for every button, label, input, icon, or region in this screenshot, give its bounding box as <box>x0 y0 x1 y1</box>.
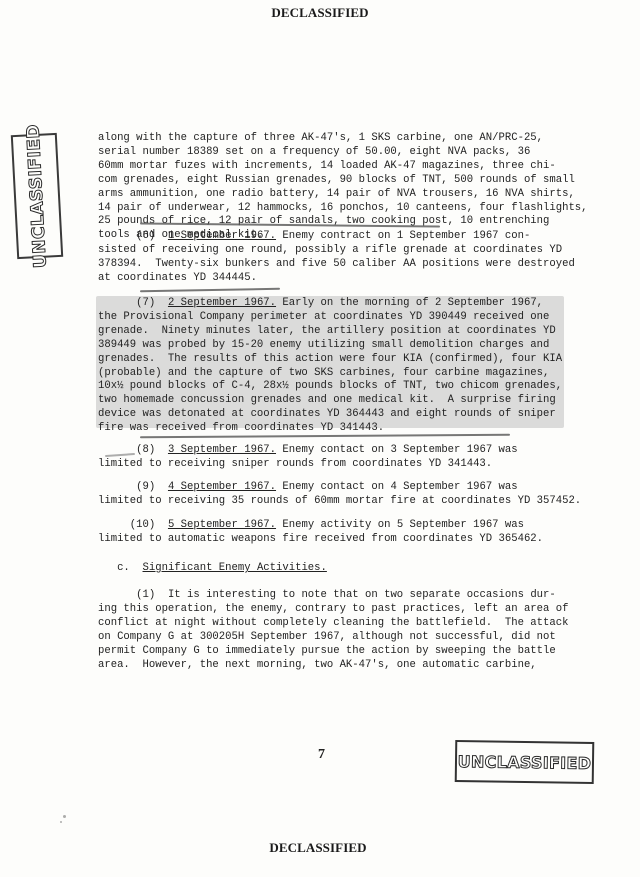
paragraph-line: sisted of receiving one round, possibly … <box>98 244 562 256</box>
paragraph-c1: (1) It is interesting to note that on tw… <box>98 589 623 672</box>
paragraph-line: device was detonated at coordinates YD 3… <box>98 408 556 420</box>
intro-line: along with the capture of three AK-47's,… <box>98 132 543 144</box>
paragraph-line: at coordinates YD 344445. <box>98 272 257 284</box>
paragraph-line: ing this operation, the enemy, contrary … <box>98 603 568 615</box>
page-number: 7 <box>318 747 325 763</box>
paragraph-line: 389449 was probed by 15-20 enemy utilizi… <box>98 339 549 351</box>
paragraph-number: (7) <box>136 297 155 309</box>
paragraph-date: 1 September 1967. <box>168 230 276 242</box>
scan-speck <box>60 821 62 823</box>
paragraph-line: area. However, the next morning, two AK-… <box>98 659 537 671</box>
stamp-bottom-text: UNCLASSIFIED <box>458 752 592 773</box>
paragraph-number: (8) <box>136 444 155 456</box>
intro-line: arms ammunition, one radio battery, 14 p… <box>98 188 575 200</box>
paragraph-number: (9) <box>136 481 155 493</box>
paragraph-line: grenades. The results of this action wer… <box>98 353 562 365</box>
paragraph-line: 378394. Twenty-six bunkers and five 50 c… <box>98 258 575 270</box>
section-title: Significant Enemy Activities. <box>143 562 327 574</box>
paragraph-line: limited to automatic weapons fire receiv… <box>98 533 543 545</box>
scan-speck <box>63 815 66 818</box>
section-c-heading: c. Significant Enemy Activities. <box>98 562 623 576</box>
paragraph-number: (6) <box>136 230 155 242</box>
unclassified-stamp-bottom: UNCLASSIFIED <box>455 740 595 784</box>
intro-line: 14 pair of underwear, 12 hammocks, 16 po… <box>98 202 588 214</box>
hand-underline <box>140 288 280 292</box>
intro-line: 60mm mortar fuzes with increments, 14 lo… <box>98 160 556 172</box>
paragraph-line: Early on the morning of 2 September 1967… <box>276 297 543 309</box>
stamp-left-text: UNCLASSIFIED <box>23 123 51 268</box>
intro-line: com grenades, eight Russian grenades, 90… <box>98 174 575 186</box>
intro-line: serial number 18389 set on a frequency o… <box>98 146 530 158</box>
unclassified-stamp-left: UNCLASSIFIED <box>11 133 63 259</box>
section-letter: c. <box>117 562 130 574</box>
paragraph-7: (7) 2 September 1967. Early on the morni… <box>98 297 623 436</box>
paragraph-line: Enemy contract on 1 September 1967 con- <box>276 230 530 242</box>
paragraph-10: (10) 5 September 1967. Enemy activity on… <box>98 519 623 547</box>
paragraph-line: (probable) and the capture of two SKS ca… <box>98 367 549 379</box>
paragraph-line: the Provisional Company perimeter at coo… <box>98 311 549 323</box>
paragraph-line: 10x½ pound blocks of C-4, 28x½ pounds bl… <box>98 380 562 392</box>
paragraph-line: Enemy contact on 4 September 1967 was <box>276 481 518 493</box>
paragraph-line: two homemade concussion grenades and one… <box>98 394 556 406</box>
paragraph-line: limited to receiving sniper rounds from … <box>98 458 492 470</box>
paragraph-line: Enemy activity on 5 September 1967 was <box>276 519 524 531</box>
paragraph-number: (10) <box>130 519 155 531</box>
paragraph-line: permit Company G to immediately pursue t… <box>98 645 556 657</box>
paragraph-9: (9) 4 September 1967. Enemy contact on 4… <box>98 481 623 509</box>
paragraph-date: 3 September 1967. <box>168 444 276 456</box>
footer-declassified-marking: DECLASSIFIED <box>0 840 638 856</box>
paragraph-8: (8) 3 September 1967. Enemy contact on 3… <box>98 444 623 472</box>
paragraph-line: limited to receiving 35 rounds of 60mm m… <box>98 495 581 507</box>
paragraph-6: (6) 1 September 1967. Enemy contract on … <box>98 230 623 286</box>
header-declassified-marking: DECLASSIFIED <box>0 5 640 21</box>
paragraph-line: grenade. Ninety minutes later, the artil… <box>98 325 556 337</box>
paragraph-line: It is interesting to note that on two se… <box>155 589 556 601</box>
paragraph-number: (1) <box>136 589 155 601</box>
paragraph-date: 4 September 1967. <box>168 481 276 493</box>
paragraph-line: fire was received from coordinates YD 34… <box>98 422 384 434</box>
paragraph-date: 2 September 1967. <box>168 297 276 309</box>
paragraph-line: Enemy contact on 3 September 1967 was <box>276 444 518 456</box>
paragraph-date: 5 September 1967. <box>168 519 276 531</box>
paragraph-line: on Company G at 300205H September 1967, … <box>98 631 556 643</box>
paragraph-line: conflict at night without completely cle… <box>98 617 568 629</box>
